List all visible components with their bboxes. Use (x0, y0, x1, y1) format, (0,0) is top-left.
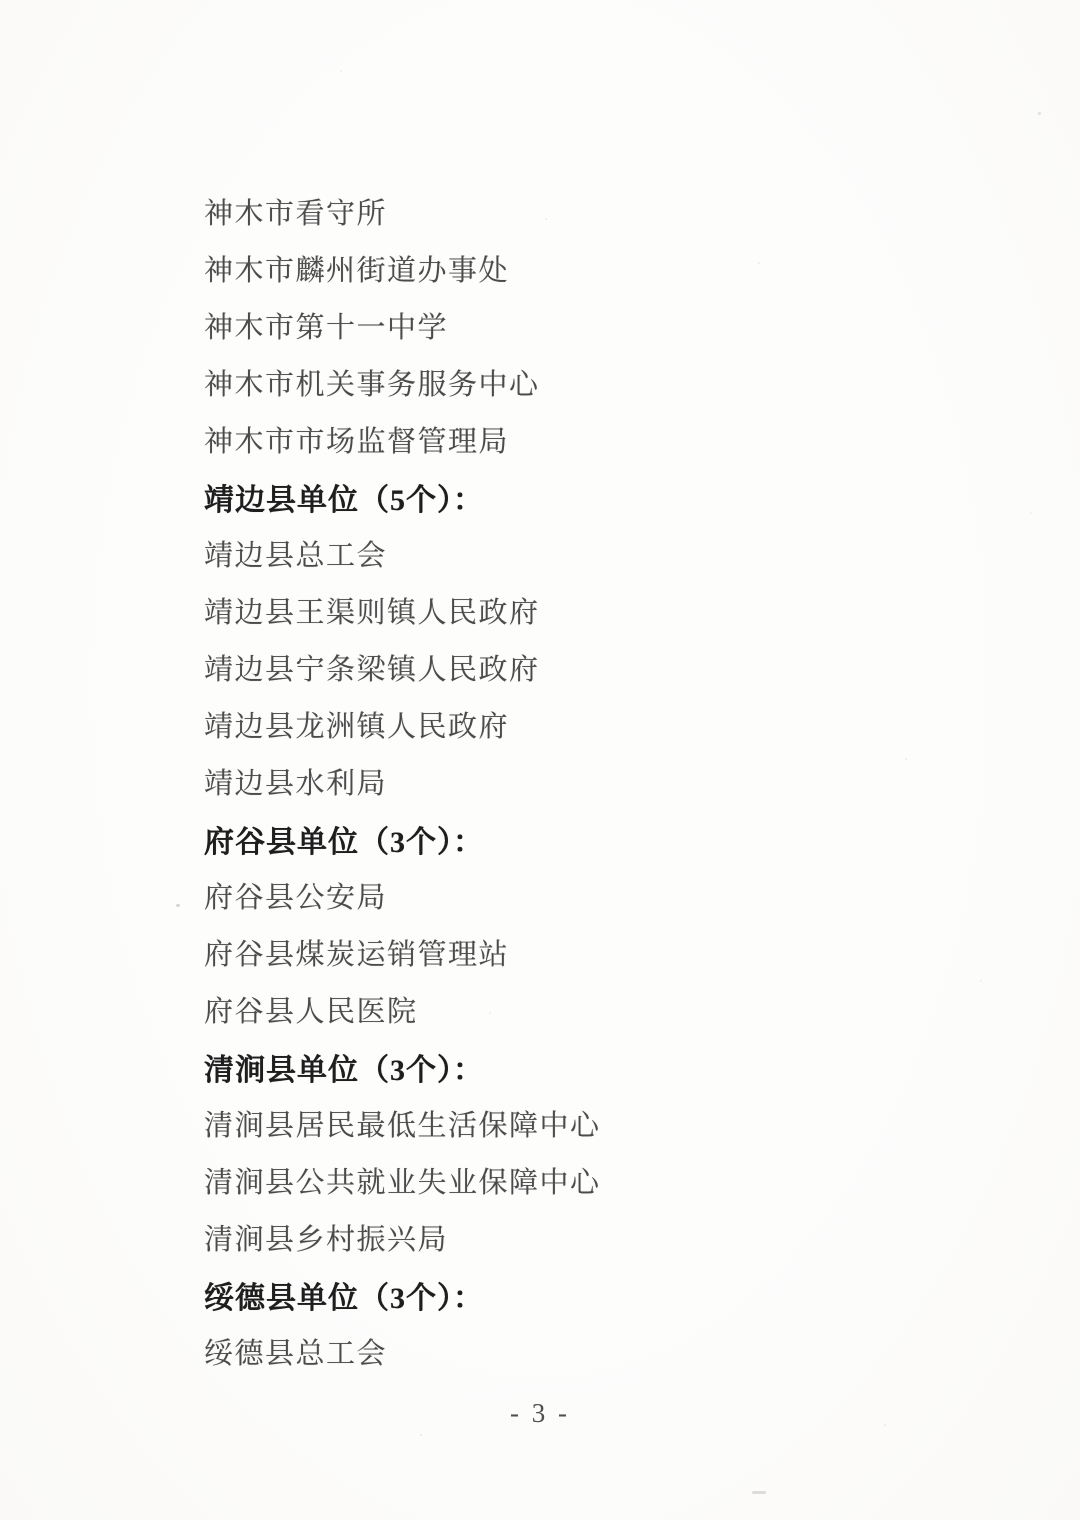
scan-speckle (176, 904, 180, 907)
unit-list-item: 神木市机关事务服务中心 (204, 354, 904, 411)
unit-list: 神木市看守所 神木市麟州街道办事处 神木市第十一中学 神木市机关事务服务中心 神… (204, 183, 904, 1380)
unit-list-item: 清涧县公共就业失业保障中心 (204, 1152, 904, 1209)
unit-list-item: 靖边县王渠则镇人民政府 (204, 582, 904, 639)
scan-speckle (980, 980, 982, 982)
unit-list-item: 府谷县煤炭运销管理站 (204, 924, 904, 981)
unit-list-item: 清涧县居民最低生活保障中心 (204, 1095, 904, 1152)
scan-speckle (420, 1434, 422, 1436)
unit-list-item: 府谷县人民医院 (204, 981, 904, 1038)
unit-list-item: 清涧县乡村振兴局 (204, 1209, 904, 1266)
section-heading-suide: 绥德县单位（3个）： (204, 1266, 904, 1323)
unit-list-item: 府谷县公安局 (204, 867, 904, 924)
scan-speckle (752, 1491, 766, 1494)
scan-speckle (884, 1424, 886, 1426)
section-heading-qingjian: 清涧县单位（3个）： (204, 1038, 904, 1095)
unit-list-item: 神木市市场监督管理局 (204, 411, 904, 468)
scan-speckle (340, 70, 342, 72)
unit-list-item: 神木市看守所 (204, 183, 904, 240)
scan-speckle (1038, 112, 1041, 115)
scan-speckle (905, 758, 907, 760)
unit-list-item: 靖边县总工会 (204, 525, 904, 582)
unit-list-item: 靖边县宁条梁镇人民政府 (204, 639, 904, 696)
unit-list-item: 靖边县水利局 (204, 753, 904, 810)
scan-speckle (489, 1012, 491, 1014)
scanned-document-page: 神木市看守所 神木市麟州街道办事处 神木市第十一中学 神木市机关事务服务中心 神… (0, 0, 1080, 1520)
scan-speckle (1030, 512, 1032, 514)
unit-list-item: 靖边县龙洲镇人民政府 (204, 696, 904, 753)
page-number: - 3 - (0, 1398, 1080, 1429)
scan-speckle (545, 218, 547, 220)
section-heading-jingbian: 靖边县单位（5个）： (204, 468, 904, 525)
section-heading-fugu: 府谷县单位（3个）： (204, 810, 904, 867)
unit-list-item: 神木市第十一中学 (204, 297, 904, 354)
unit-list-item: 神木市麟州街道办事处 (204, 240, 904, 297)
unit-list-item: 绥德县总工会 (204, 1323, 904, 1380)
scan-speckle (758, 262, 760, 264)
